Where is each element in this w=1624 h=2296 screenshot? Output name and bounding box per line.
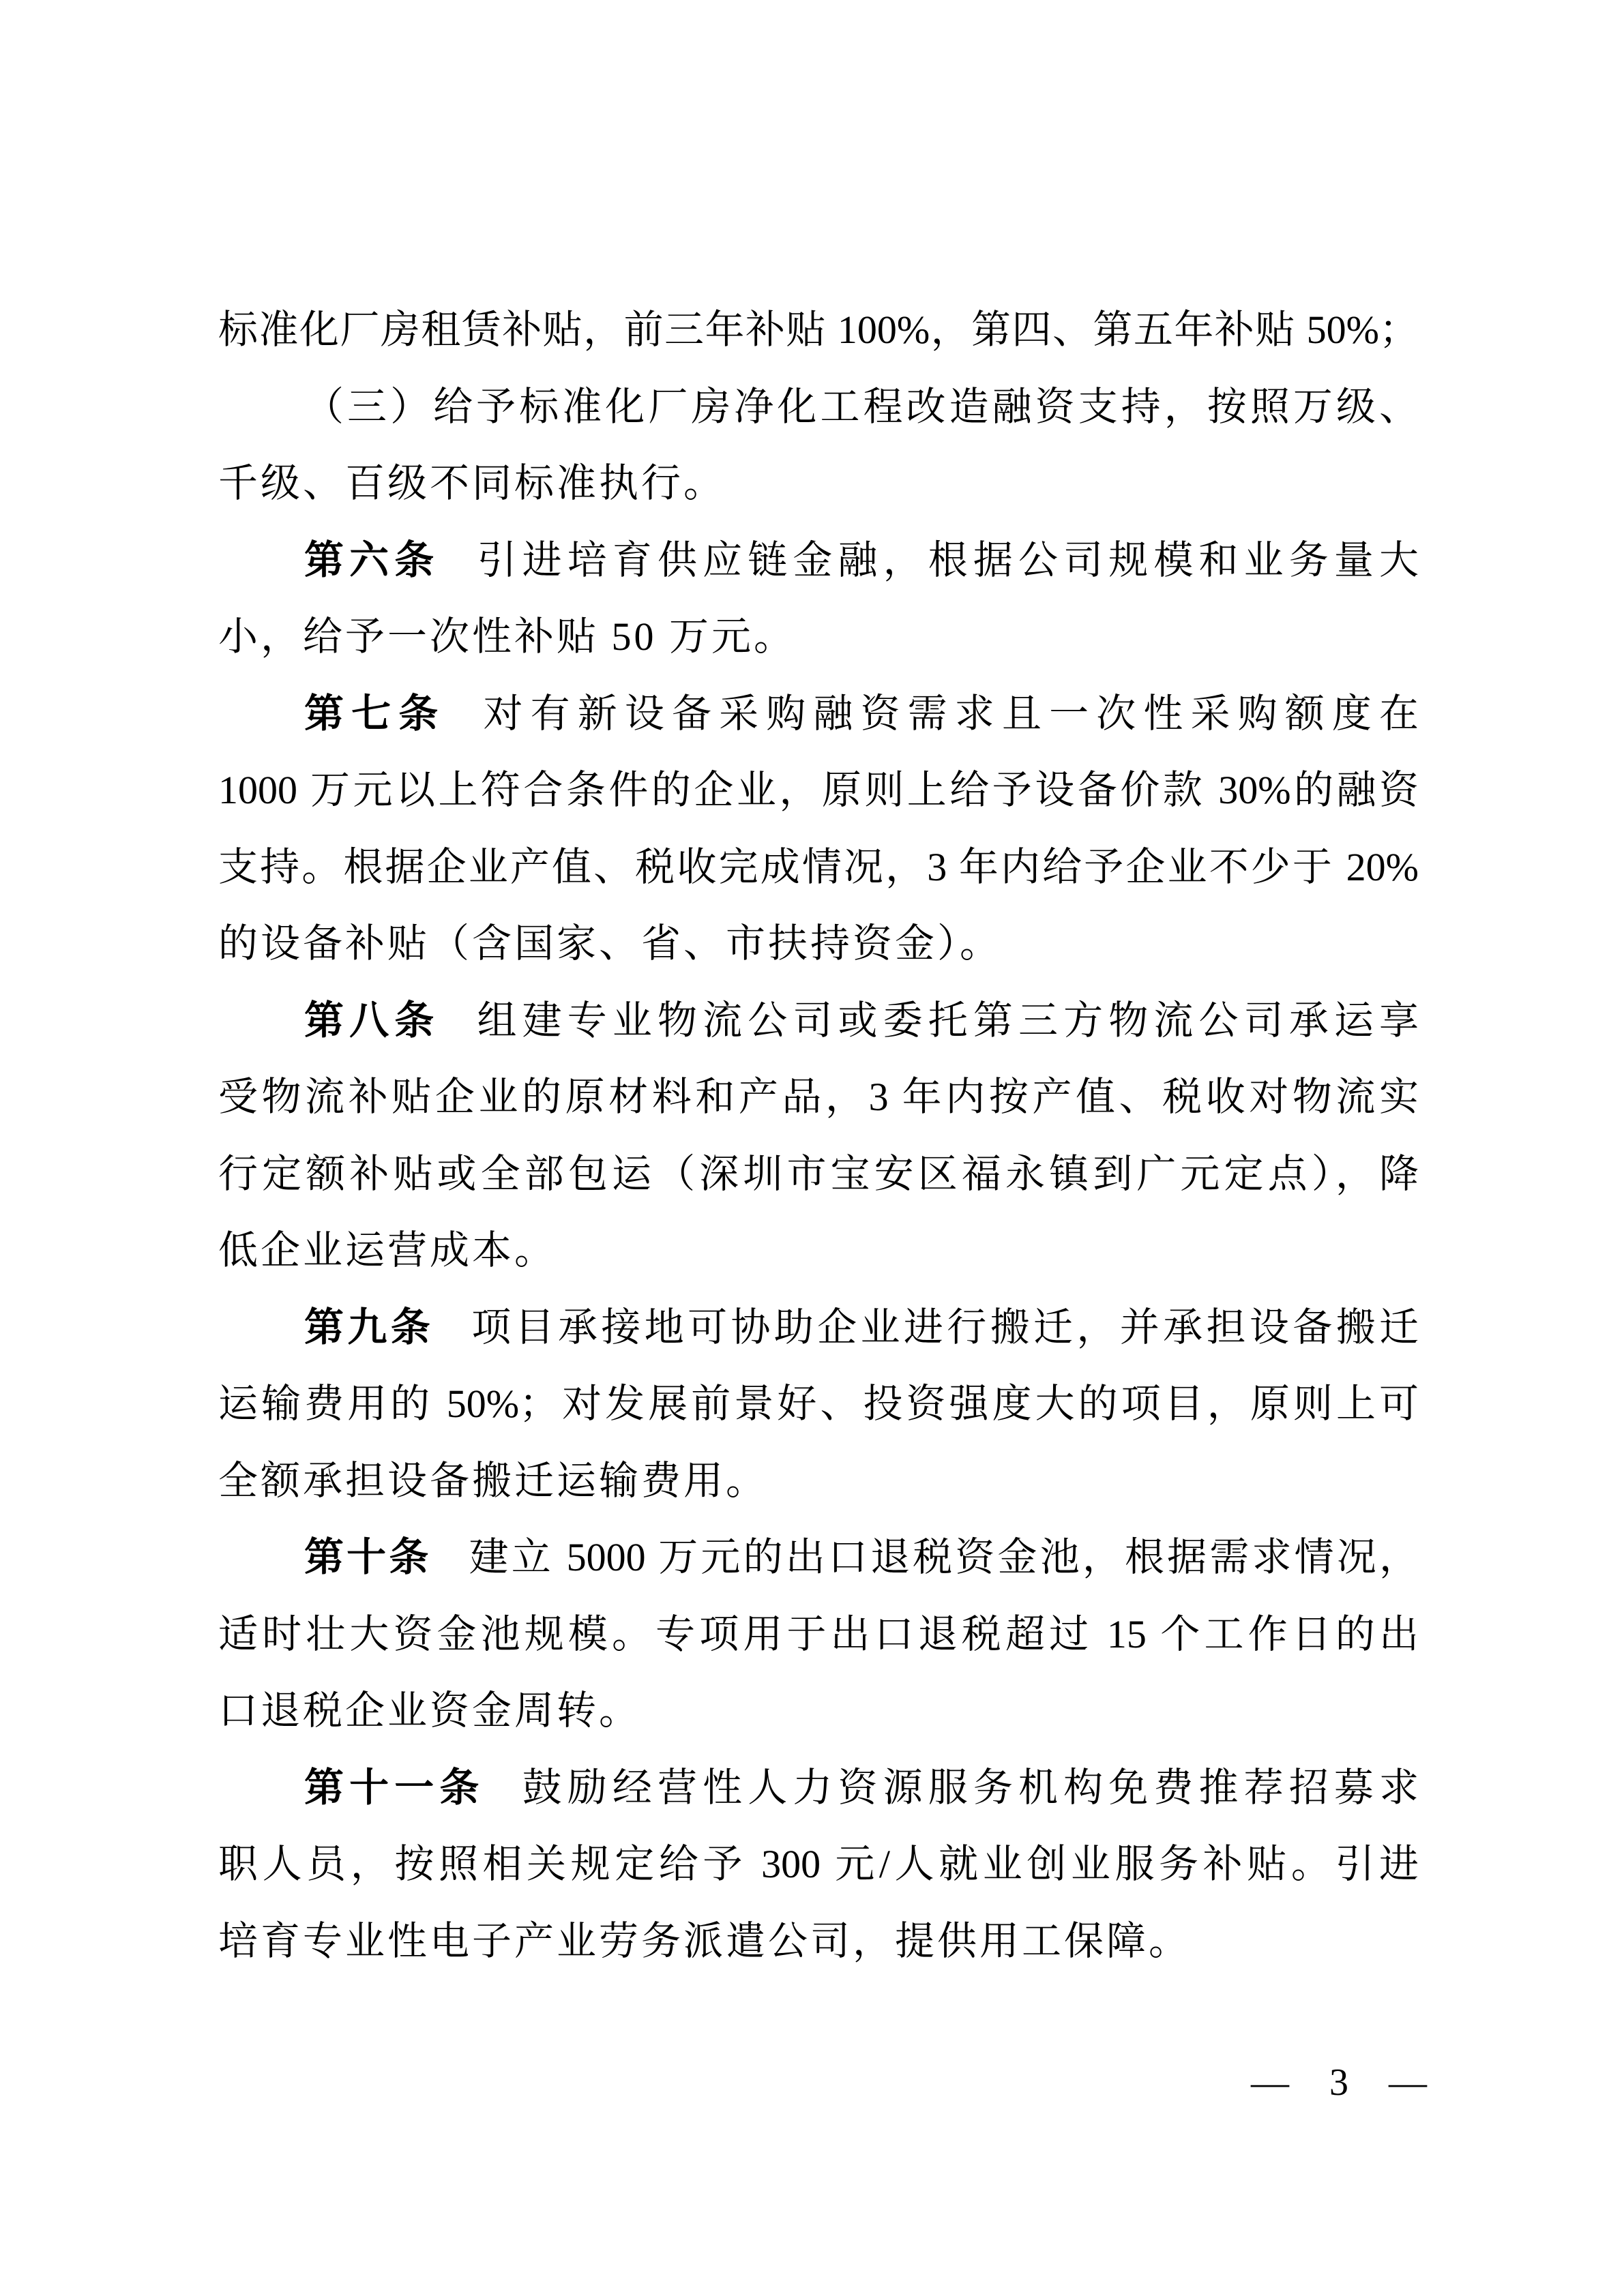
article-11-label: 第十一条 bbox=[304, 1765, 485, 1810]
article-6-label: 第六条 bbox=[304, 538, 439, 582]
text-line-04: 第六条引进培育供应链金融，根据公司规模和业务量大 bbox=[218, 522, 1419, 599]
text-line-08: 支持。根据企业产值、税收完成情况，3 年内给予企业不少于 20% bbox=[218, 829, 1419, 906]
article-7-text: 对有新设备采购融资需求且一次性采购额度在 bbox=[484, 691, 1419, 736]
text-line-09: 的设备补贴（含国家、省、市扶持资金）。 bbox=[218, 906, 1419, 983]
article-9-label: 第九条 bbox=[304, 1305, 434, 1350]
text-line-06: 第七条对有新设备采购融资需求且一次性采购额度在 bbox=[218, 676, 1419, 753]
text-line-15: 运输费用的 50%；对发展前景好、投资强度大的项目，原则上可 bbox=[218, 1366, 1419, 1443]
article-9-text: 项目承接地可协助企业进行搬迁，并承担设备搬迁 bbox=[471, 1305, 1419, 1350]
text-line-17: 第十条建立 5000 万元的出口退税资金池，根据需求情况， bbox=[218, 1519, 1419, 1596]
article-8-label: 第八条 bbox=[304, 998, 439, 1043]
article-10-label: 第十条 bbox=[304, 1535, 432, 1579]
document-body: 标准化厂房租赁补贴，前三年补贴 100%，第四、第五年补贴 50%； （三）给予… bbox=[218, 292, 1419, 1980]
article-8-text: 组建专业物流公司或委托第三方物流公司承运享 bbox=[477, 998, 1419, 1043]
text-line-13: 低企业运营成本。 bbox=[218, 1212, 1419, 1289]
text-line-05: 小，给予一次性补贴 50 万元。 bbox=[218, 599, 1419, 676]
page-number-left-dash: — bbox=[1251, 2061, 1289, 2104]
text-line-22: 培育专业性电子产业劳务派遣公司，提供用工保障。 bbox=[218, 1903, 1419, 1980]
article-6-text: 引进培育供应链金融，根据公司规模和业务量大 bbox=[477, 538, 1419, 582]
text-line-07: 1000 万元以上符合条件的企业，原则上给予设备价款 30%的融资 bbox=[218, 752, 1419, 829]
article-10-text: 建立 5000 万元的出口退税资金池，根据需求情况， bbox=[469, 1535, 1419, 1579]
text-line-10: 第八条组建专业物流公司或委托第三方物流公司承运享 bbox=[218, 983, 1419, 1060]
text-line-02: （三）给予标准化厂房净化工程改造融资支持，按照万级、 bbox=[218, 369, 1419, 446]
text-line-01: 标准化厂房租赁补贴，前三年补贴 100%，第四、第五年补贴 50%； bbox=[218, 292, 1419, 369]
article-11-text: 鼓励经营性人力资源服务机构免费推荐招募求 bbox=[522, 1765, 1419, 1810]
text-line-14: 第九条项目承接地可协助企业进行搬迁，并承担设备搬迁 bbox=[218, 1289, 1419, 1367]
text-line-20: 第十一条鼓励经营性人力资源服务机构免费推荐招募求 bbox=[218, 1750, 1419, 1827]
page-number-value: 3 bbox=[1329, 2061, 1348, 2104]
article-7-label: 第七条 bbox=[304, 691, 445, 736]
text-line-21: 职人员，按照相关规定给予 300 元/人就业创业服务补贴。引进 bbox=[218, 1826, 1419, 1903]
text-line-19: 口退税企业资金周转。 bbox=[218, 1673, 1419, 1750]
page-number: — 3 — bbox=[1251, 2061, 1427, 2104]
text-line-03: 千级、百级不同标准执行。 bbox=[218, 445, 1419, 522]
text-line-11: 受物流补贴企业的原材料和产品，3 年内按产值、税收对物流实 bbox=[218, 1059, 1419, 1136]
text-line-18: 适时壮大资金池规模。专项用于出口退税超过 15 个工作日的出 bbox=[218, 1596, 1419, 1673]
text-line-12: 行定额补贴或全部包运（深圳市宝安区福永镇到广元定点），降 bbox=[218, 1136, 1419, 1213]
page-number-right-dash: — bbox=[1389, 2061, 1427, 2104]
page: 标准化厂房租赁补贴，前三年补贴 100%，第四、第五年补贴 50%； （三）给予… bbox=[0, 0, 1624, 2296]
text-line-16: 全额承担设备搬迁运输费用。 bbox=[218, 1443, 1419, 1520]
